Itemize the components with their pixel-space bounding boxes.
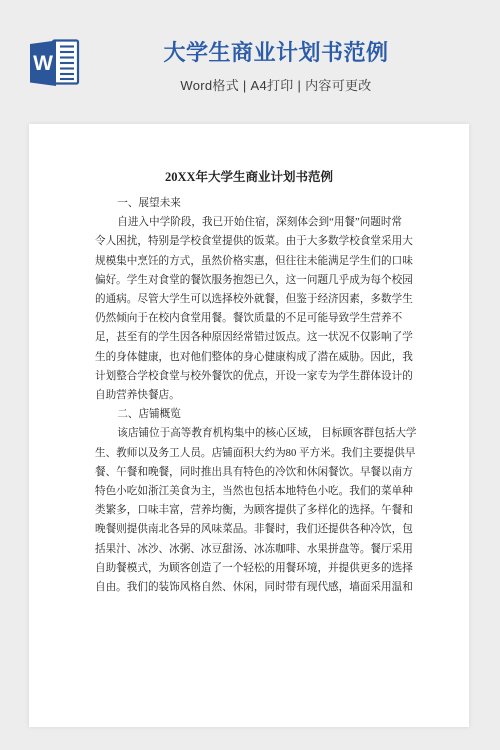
- word-icon-letter: W: [33, 52, 53, 75]
- screen: { "header": { "title": "大学生商业计划书范例", "su…: [0, 0, 500, 750]
- doc-text-line: 仍然倾向于在校内食堂用餐。餐饮质量的不足可能导致学生营养不: [95, 309, 403, 328]
- document-content: 20XX年大学生商业计划书范例 一、展望未来自进入中学阶段，我已开始住宿，深刻体…: [29, 124, 469, 597]
- page-title: 大学生商业计划书范例: [82, 41, 470, 65]
- doc-text-line: 自由。我们的装饰风格自然、休闲，同时带有现代感，墙面采用温和: [95, 578, 403, 597]
- doc-text-line: 晚餐则提供南北各异的风味菜品。非餐时，我们还提供各种冷饮，包: [95, 520, 403, 539]
- doc-text-line: 足，甚至有的学生因各种原因经常错过饭点。这一状况不仅影响了学: [95, 328, 403, 347]
- doc-text-line: 偏好。学生对食堂的餐饮服务抱怨已久，这一问题几乎成为每个校园: [95, 271, 403, 290]
- header-text-block: 大学生商业计划书范例 Word格式 | A4打印 | 内容可更改: [82, 0, 470, 94]
- doc-text-line: 类繁多，口味丰富，营养均衡，为顾客提供了多样化的选择。午餐和: [95, 501, 403, 520]
- doc-text-line: 的通病。尽管大学生可以选择校外就餐，但鉴于经济因素，多数学生: [95, 290, 403, 309]
- doc-text-line: 自助餐模式，为顾客创造了一个轻松的用餐环境，并提供更多的选择: [95, 559, 403, 578]
- doc-text-line: 自进入中学阶段，我已开始住宿，深刻体会到“用餐”问题时常: [95, 213, 403, 232]
- doc-text-line: 餐、午餐和晚餐，同时推出具有特色的冷饮和休闲餐饮。早餐以南方: [95, 463, 403, 482]
- doc-text-line: 括果汁、冰沙、冰粥、冰豆甜汤、冰冻咖啡、水果拼盘等。餐厅采用: [95, 540, 403, 559]
- doc-heading-line: 二、店铺概览: [95, 405, 403, 424]
- doc-text-line: 该店铺位于高等教育机构集中的核心区域， 目标顾客群包括大学: [95, 424, 403, 443]
- doc-text-line: 自助营养快餐店。: [95, 386, 403, 405]
- doc-text-line: 计划整合学校食堂与校外餐饮的优点，开设一家专为学生群体设计的: [95, 367, 403, 386]
- doc-heading-line: 一、展望未来: [95, 194, 403, 213]
- doc-text-line: 特色小吃如浙江美食为主，当然也包括本地特色小吃。我们的菜单种: [95, 482, 403, 501]
- doc-text-line: 生、教师以及务工人员。店铺面积大约为80 平方米。我们主要提供早: [95, 444, 403, 463]
- preview-header: W 大学生商业计划书范例 Word格式 | A4打印 | 内容可更改: [0, 0, 500, 124]
- doc-text-line: 生的身体健康，也对他们整体的身心健康构成了潜在威胁。因此，我: [95, 348, 403, 367]
- document-title: 20XX年大学生商业计划书范例: [95, 169, 403, 185]
- word-icon-sheet-lines: [60, 47, 74, 80]
- word-icon: W: [26, 36, 82, 88]
- document-page: 20XX年大学生商业计划书范例 一、展望未来自进入中学阶段，我已开始住宿，深刻体…: [29, 124, 469, 727]
- doc-text-line: 令人困扰，特别是学校食堂提供的饭菜。由于大多数学校食堂采用大: [95, 232, 403, 251]
- format-info: Word格式 | A4打印 | 内容可更改: [82, 75, 470, 94]
- document-body: 一、展望未来自进入中学阶段，我已开始住宿，深刻体会到“用餐”问题时常令人困扰，特…: [95, 194, 403, 597]
- doc-text-line: 规模集中烹饪的方式，虽然价格实惠，但往往未能满足学生们的口味: [95, 252, 403, 271]
